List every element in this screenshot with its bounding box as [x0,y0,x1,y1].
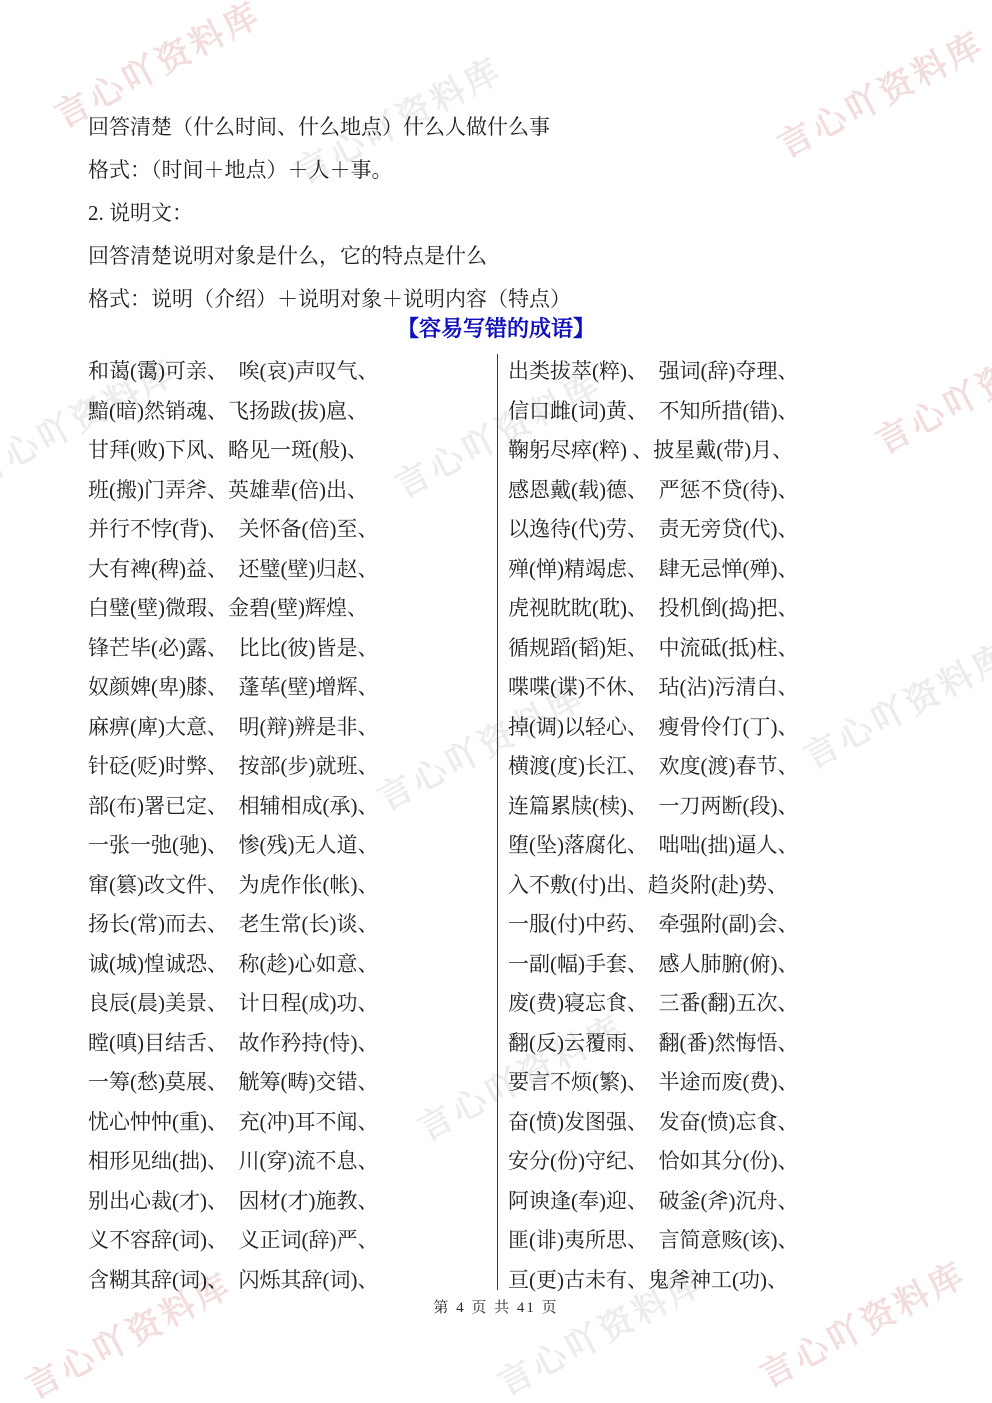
idiom-row: 堕(坠)落腐化、 咄咄(拙)逼人、 [508,826,938,866]
idiom-column-left: 和蔼(霭)可亲、 唉(哀)声叹气、黯(暗)然销魂、飞扬跋(拔)扈、甘拜(败)下风… [88,352,488,1300]
idiom-row: 翻(反)云覆雨、 翻(番)然悔悟、 [508,1024,938,1064]
idiom-row: 一张一弛(驰)、 惨(残)无人道、 [88,826,488,866]
idiom-row: 大有裨(稗)益、 还璧(壁)归赵、 [88,550,488,590]
idiom-row: 相形见绌(拙)、 川(穿)流不息、 [88,1142,488,1182]
idiom-row: 横渡(度)长江、 欢度(渡)春节、 [508,747,938,787]
idiom-row: 锋芒毕(必)露、 比比(彼)皆是、 [88,629,488,669]
idiom-row: 黯(暗)然销魂、飞扬跋(拔)扈、 [88,392,488,432]
idiom-row: 部(布)署已定、 相辅相成(承)、 [88,787,488,827]
document-page: 言心吖资料库言心吖资料库言心吖资料库言心吖资料库言心吖资料库言心吖资料库言心吖资… [0,0,992,1403]
idiom-row: 诚(城)惶诚恐、 称(趁)心如意、 [88,945,488,985]
section-heading: 【容易写错的成语】 [0,312,992,343]
idiom-row: 要言不烦(繁)、 半途而废(费)、 [508,1063,938,1103]
idiom-row: 殚(惮)精竭虑、 肆无忌惮(殚)、 [508,550,938,590]
idiom-row: 奴颜婢(卑)膝、 蓬荜(壁)增辉、 [88,668,488,708]
idiom-row: 别出心裁(才)、 因材(才)施教、 [88,1182,488,1222]
idiom-row: 班(搬)门弄斧、英雄辈(倍)出、 [88,471,488,511]
intro-line: 回答清楚说明对象是什么，它的特点是什么 [88,235,942,278]
idiom-row: 和蔼(霭)可亲、 唉(哀)声叹气、 [88,352,488,392]
intro-line: 回答清楚（什么时间、什么地点）什么人做什么事 [88,106,942,149]
idiom-row: 喋喋(谍)不休、 玷(沾)污清白、 [508,668,938,708]
idiom-row: 信口雌(词)黄、 不知所措(错)、 [508,392,938,432]
idiom-row: 一筹(愁)莫展、 觥筹(畴)交错、 [88,1063,488,1103]
idiom-row: 一副(幅)手套、 感人肺腑(俯)、 [508,945,938,985]
idiom-row: 虎视眈眈(耽)、 投机倒(捣)把、 [508,589,938,629]
idiom-row: 废(费)寝忘食、 三番(翻)五次、 [508,984,938,1024]
idiom-row: 匪(诽)夷所思、 言简意赅(该)、 [508,1221,938,1261]
page-footer: 第 4 页 共 41 页 [0,1296,992,1317]
idiom-row: 循规蹈(韬)矩、 中流砥(抵)柱、 [508,629,938,669]
idiom-row: 并行不悖(背)、 关怀备(倍)至、 [88,510,488,550]
column-divider [497,354,498,1290]
idiom-row: 掉(调)以轻心、 瘦骨伶仃(丁)、 [508,708,938,748]
idiom-row: 义不容辞(词)、 义正词(辞)严、 [88,1221,488,1261]
idiom-row: 连篇累牍(椟)、 一刀两断(段)、 [508,787,938,827]
intro-line: 2. 说明文： [88,192,942,235]
idiom-row: 甘拜(败)下风、略见一斑(般)、 [88,431,488,471]
idiom-row: 白璧(壁)微瑕、金碧(壁)辉煌、 [88,589,488,629]
page-content: 回答清楚（什么时间、什么地点）什么人做什么事格式：（时间＋地点）＋人＋事。2. … [0,0,992,1403]
idiom-row: 以逸待(代)劳、 责无旁贷(代)、 [508,510,938,550]
idiom-column-right: 出类拔萃(粹)、 强词(辞)夺理、信口雌(词)黄、 不知所措(错)、鞠躬尽瘁(粹… [508,352,938,1300]
idiom-row: 安分(份)守纪、 恰如其分(份)、 [508,1142,938,1182]
intro-line: 格式：（时间＋地点）＋人＋事。 [88,149,942,192]
idiom-row: 含糊其辞(词)、 闪烁其辞(词)、 [88,1261,488,1301]
idiom-row: 一服(付)中药、 牵强附(副)会、 [508,905,938,945]
idiom-row: 阿谀逢(奉)迎、 破釜(斧)沉舟、 [508,1182,938,1222]
idiom-row: 出类拔萃(粹)、 强词(辞)夺理、 [508,352,938,392]
idiom-row: 良辰(晨)美景、 计日程(成)功、 [88,984,488,1024]
idiom-row: 扬长(常)而去、 老生常(长)谈、 [88,905,488,945]
idiom-row: 忧心忡忡(重)、 充(冲)耳不闻、 [88,1103,488,1143]
idiom-row: 麻痹(庳)大意、 明(辩)辨是非、 [88,708,488,748]
intro-section: 回答清楚（什么时间、什么地点）什么人做什么事格式：（时间＋地点）＋人＋事。2. … [88,106,942,321]
idiom-row: 针砭(贬)时弊、 按部(步)就班、 [88,747,488,787]
idiom-row: 鞠躬尽瘁(粹) 、披星戴(带)月、 [508,431,938,471]
idiom-row: 入不敷(付)出、趋炎附(赴)势、 [508,866,938,906]
idiom-row: 亘(更)古未有、鬼斧神工(功)、 [508,1261,938,1301]
idiom-row: 窜(篡)改文件、 为虎作伥(帐)、 [88,866,488,906]
idiom-row: 奋(愤)发图强、 发奋(愤)忘食、 [508,1103,938,1143]
idiom-row: 感恩戴(载)德、 严惩不贷(待)、 [508,471,938,511]
idiom-row: 瞠(嗔)目结舌、 故作矜持(恃)、 [88,1024,488,1064]
